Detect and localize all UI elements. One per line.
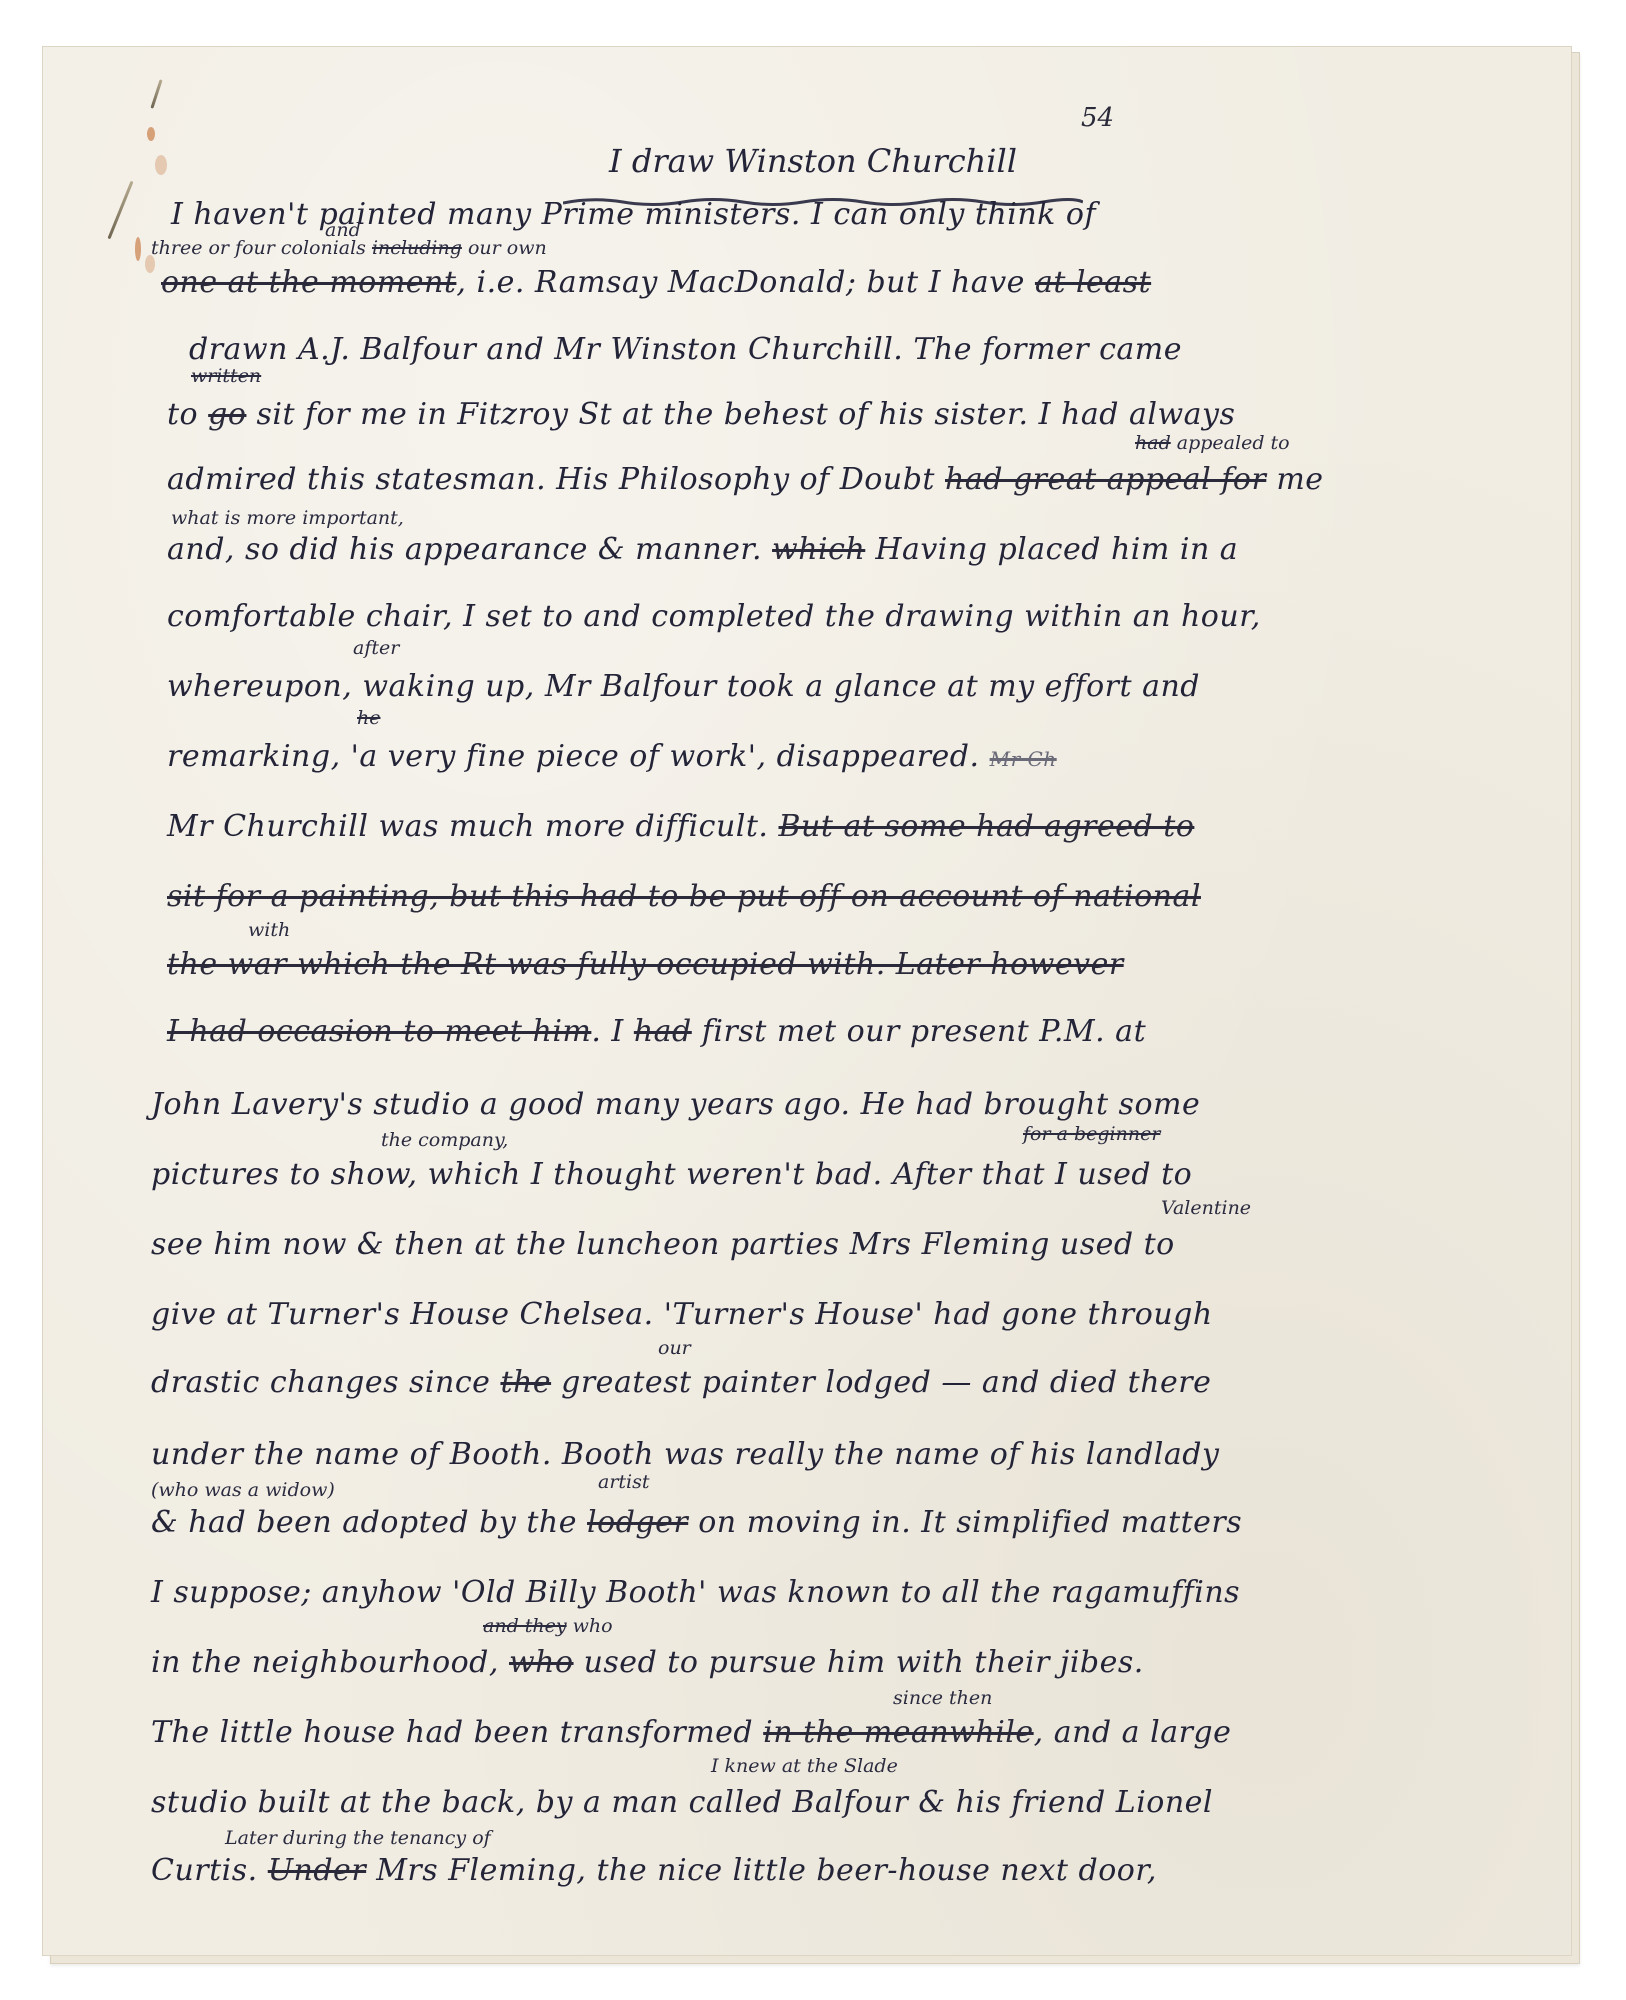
manuscript-line: & had been adopted by the lodger on movi… — [43, 1505, 1571, 1540]
line-text: Curtis. — [151, 1853, 258, 1888]
insertion-above: I knew at the Slade — [711, 1755, 898, 1777]
line-text: give at Turner's House Chelsea. 'Turner'… — [151, 1297, 1213, 1332]
manuscript-line: drawn A.J. Balfour and Mr Winston Church… — [43, 332, 1571, 367]
manuscript-line: John Lavery's studio a good many years a… — [43, 1087, 1571, 1122]
struck-text: I had occasion to meet him — [167, 1014, 591, 1049]
manuscript-line: pictures to show, which I thought weren'… — [43, 1157, 1571, 1192]
struck-text: who — [509, 1645, 574, 1680]
line-text: I suppose; anyhow 'Old Billy Booth' was … — [151, 1575, 1240, 1610]
line-text: sit for me in Fitzroy St at the behest o… — [256, 397, 1235, 432]
insertion-above: and — [325, 219, 361, 241]
line-text: remarking, 'a very fine piece of work', … — [167, 739, 980, 774]
manuscript-line: comfortable chair, I set to and complete… — [43, 599, 1571, 634]
struck-text: Under — [268, 1853, 366, 1888]
insertion-above: what is more important, — [171, 507, 404, 529]
manuscript-line: under the name of Booth. Booth was reall… — [43, 1437, 1571, 1472]
manuscript-line: sit for a painting, but this had to be p… — [43, 879, 1571, 914]
insert-text: and — [325, 219, 361, 241]
struck-text: the war which the Rt was fully occupied … — [167, 947, 1124, 982]
pin-top — [150, 79, 162, 108]
line-text: in the neighbourhood, — [151, 1645, 499, 1680]
manuscript-line: The little house had been transformed in… — [43, 1715, 1571, 1750]
struck-text: which — [772, 532, 865, 567]
struck-text: at least — [1035, 265, 1151, 300]
manuscript-line: I suppose; anyhow 'Old Billy Booth' was … — [43, 1575, 1571, 1610]
line-text: studio built at the back, by a man calle… — [151, 1785, 1213, 1820]
manuscript-line: to go sit for me in Fitzroy St at the be… — [43, 397, 1571, 432]
line-text: and, so did his appearance & manner. — [167, 532, 762, 567]
line-text: whereupon, waking up, Mr Balfour took a … — [167, 669, 1200, 704]
struck-text: Mr Ch — [990, 747, 1057, 771]
line-text: greatest painter lodged — and died there — [561, 1365, 1211, 1400]
line-text: John Lavery's studio a good many years a… — [151, 1087, 1200, 1122]
line-text: Having placed him in a — [875, 532, 1238, 567]
manuscript-line: drastic changes since the greatest paint… — [43, 1365, 1571, 1400]
insertion-above: Later during the tenancy of — [225, 1827, 491, 1849]
insert-text: after — [353, 637, 399, 659]
line-text: see him now & then at the luncheon parti… — [151, 1227, 1175, 1262]
insertion-above: since then — [893, 1687, 992, 1709]
manuscript-line: Curtis. Under Mrs Fleming, the nice litt… — [43, 1853, 1571, 1888]
insert-text: I knew at the Slade — [711, 1755, 898, 1777]
manuscript-line: Mr Churchill was much more difficult. Bu… — [43, 809, 1571, 844]
insert-text: (who was a widow) — [151, 1479, 335, 1501]
manuscript-line: remarking, 'a very fine piece of work', … — [43, 739, 1571, 774]
manuscript-line: and, so did his appearance & manner. whi… — [43, 532, 1571, 567]
manuscript-line: I haven't painted many Prime ministers. … — [43, 197, 1571, 232]
insertion-above: after — [353, 637, 399, 659]
struck-text: lodger — [587, 1505, 688, 1540]
struck-insert: including — [372, 237, 462, 259]
line-text: The little house had been transformed — [151, 1715, 753, 1750]
struck-text: written — [191, 365, 261, 387]
rust-stain — [135, 237, 141, 261]
page-number: 54 — [1081, 103, 1114, 133]
insert-text: artist — [598, 1471, 650, 1493]
line-text: comfortable chair, I set to and complete… — [167, 599, 1261, 634]
insertion-above: our — [658, 1337, 691, 1359]
manuscript-line: see him now & then at the luncheon parti… — [43, 1227, 1571, 1262]
struck-text: one at the moment — [161, 265, 456, 300]
insert-text: since then — [893, 1687, 992, 1709]
manuscript-line: admired this statesman. His Philosophy o… — [43, 462, 1571, 497]
insert-text: Valentine — [1161, 1197, 1251, 1219]
struck-insert: for a beginner — [1023, 1123, 1160, 1145]
struck-text: he — [357, 707, 380, 729]
struck-text: in the meanwhile — [763, 1715, 1033, 1750]
line-text: drawn A.J. Balfour and Mr Winston Church… — [189, 332, 1182, 367]
line-text: first met our present P.M. at — [702, 1014, 1146, 1049]
line-text: pictures to show, which I thought weren'… — [151, 1157, 883, 1192]
manuscript-line: I had occasion to meet him. I had first … — [43, 1014, 1571, 1049]
rust-stain — [147, 127, 155, 141]
line-text: & had been adopted by the — [151, 1505, 577, 1540]
manuscript-line: the war which the Rt was fully occupied … — [43, 947, 1571, 982]
insertion-above: (who was a widow) — [151, 1479, 335, 1501]
line-text: Mrs Fleming, the nice little beer-house … — [376, 1853, 1157, 1888]
insertion-above: with — [248, 919, 290, 941]
line-text: Mr Churchill was much more difficult. — [167, 809, 768, 844]
struck-insert: and they — [483, 1615, 567, 1637]
line-text: After that I used to — [893, 1157, 1193, 1192]
line-text: me — [1276, 462, 1323, 497]
line-text: , and a large — [1034, 1715, 1232, 1750]
line-text: , i.e. Ramsay MacDonald; but I have — [456, 265, 1025, 300]
page-title: I draw Winston Churchill — [513, 142, 1113, 180]
insertion-above: artist — [598, 1471, 650, 1493]
insert-text: our own — [468, 237, 547, 259]
insertion-above: for a beginner — [1023, 1123, 1160, 1145]
struck-text: the — [500, 1365, 551, 1400]
struck-text: sit for a painting, but this had to be p… — [167, 879, 1201, 914]
insertion-above: the company, — [381, 1129, 508, 1151]
manuscript-line: give at Turner's House Chelsea. 'Turner'… — [43, 1297, 1571, 1332]
struck-text: had great appeal for — [945, 462, 1266, 497]
insert-text: appealed to — [1177, 432, 1290, 454]
insert-text: with — [248, 919, 290, 941]
struck-insert: had — [1135, 432, 1171, 454]
insertion-above: and they who — [483, 1615, 613, 1637]
line-text: used to pursue him with their jibes. — [584, 1645, 1144, 1680]
insert-text: our — [658, 1337, 691, 1359]
insert-text: Later during the tenancy of — [225, 1827, 491, 1849]
insert-text: who — [573, 1615, 613, 1637]
line-text: admired this statesman. His Philosophy o… — [167, 462, 935, 497]
line-text: . I — [591, 1014, 623, 1049]
insert-text: the company, — [381, 1129, 508, 1151]
struck-text: had — [634, 1014, 692, 1049]
manuscript-line: studio built at the back, by a man calle… — [43, 1785, 1571, 1820]
struck-below: written — [191, 365, 261, 387]
insertion-above: had appealed to — [1135, 432, 1290, 454]
struck-text: go — [208, 397, 246, 432]
struck-below: he — [357, 707, 380, 729]
line-text: I haven't painted many Prime ministers. … — [171, 197, 1096, 232]
rust-stain — [155, 155, 167, 175]
line-text: on moving in. It simplified matters — [698, 1505, 1242, 1540]
line-text: to — [167, 397, 198, 432]
struck-text: But at some had agreed to — [779, 809, 1195, 844]
manuscript-line: whereupon, waking up, Mr Balfour took a … — [43, 669, 1571, 704]
manuscript-line: in the neighbourhood, who used to pursue… — [43, 1645, 1571, 1680]
insertion-above: Valentine — [1161, 1197, 1251, 1219]
line-text: under the name of Booth. Booth was reall… — [151, 1437, 1219, 1472]
insert-text: what is more important, — [171, 507, 404, 529]
manuscript-page: 54 I draw Winston Churchill I haven't pa… — [42, 46, 1572, 1956]
manuscript-line: one at the moment, i.e. Ramsay MacDonald… — [43, 265, 1571, 300]
line-text: drastic changes since — [151, 1365, 490, 1400]
